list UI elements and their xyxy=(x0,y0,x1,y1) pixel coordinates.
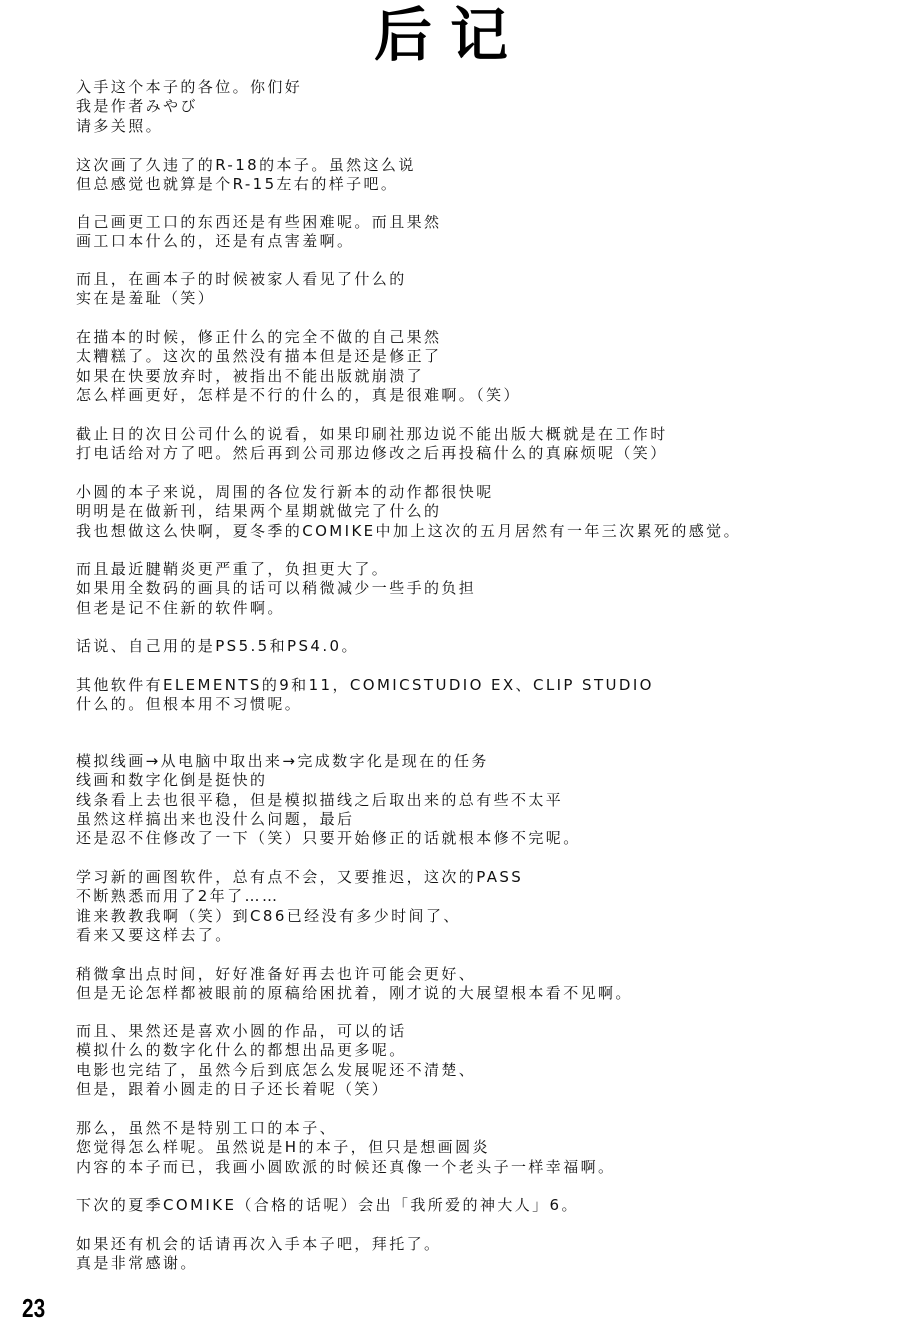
text-line: 而且最近腱鞘炎更严重了，负担更大了。 xyxy=(76,560,476,579)
text-line: 请多关照。 xyxy=(76,117,302,136)
text-line: 但总感觉也就算是个R-15左右的样子吧。 xyxy=(76,175,416,194)
text-line: 谁来教教我啊（笑）到C86已经没有多少时间了、 xyxy=(76,907,523,926)
paragraph: 话说、自己用的是PS5.5和PS4.0。 xyxy=(76,637,359,656)
text-line: 画工口本什么的，还是有点害羞啊。 xyxy=(76,232,441,251)
text-line: 其他软件有ELEMENTS的9和11，COMICSTUDIO EX、CLIP S… xyxy=(76,676,654,695)
paragraph: 而且、果然还是喜欢小圆的作品，可以的话模拟什么的数字化什么的都想出品更多呢。电影… xyxy=(76,1022,476,1099)
paragraph: 下次的夏季COMIKE（合格的话呢）会出「我所爱的神大人」6。 xyxy=(76,1196,579,1215)
text-line: 明明是在做新刊，结果两个星期就做完了什么的 xyxy=(76,502,741,521)
paragraph: 如果还有机会的话请再次入手本子吧，拜托了。真是非常感谢。 xyxy=(76,1235,441,1274)
text-line: 但是无论怎样都被眼前的原稿给困扰着，刚才说的大展望根本看不见啊。 xyxy=(76,984,633,1003)
paragraph: 自己画更工口的东西还是有些困难呢。而且果然画工口本什么的，还是有点害羞啊。 xyxy=(76,213,441,252)
text-line: 您觉得怎么样呢。虽然说是H的本子，但只是想画圆炎 xyxy=(76,1138,615,1157)
paragraph: 学习新的画图软件，总有点不会，又要推迟，这次的PASS不断熟悉而用了2年了……谁… xyxy=(76,868,523,945)
paragraph: 而且最近腱鞘炎更严重了，负担更大了。如果用全数码的画具的话可以稍微减少一些手的负… xyxy=(76,560,476,618)
text-line: 如果在快要放弃时，被指出不能出版就崩溃了 xyxy=(76,367,521,386)
text-line: 在描本的时候，修正什么的完全不做的自己果然 xyxy=(76,328,521,347)
text-line: 实在是羞耻（笑） xyxy=(76,289,407,308)
text-line: 话说、自己用的是PS5.5和PS4.0。 xyxy=(76,637,359,656)
paragraph: 其他软件有ELEMENTS的9和11，COMICSTUDIO EX、CLIP S… xyxy=(76,676,654,715)
page-number: 23 xyxy=(22,1293,45,1324)
text-line: 模拟什么的数字化什么的都想出品更多呢。 xyxy=(76,1041,476,1060)
text-line: 虽然这样搞出来也没什么问题，最后 xyxy=(76,810,581,829)
text-line: 看来又要这样去了。 xyxy=(76,926,523,945)
paragraph: 截止日的次日公司什么的说看，如果印刷社那边说不能出版大概就是在工作时打电话给对方… xyxy=(76,425,668,464)
text-line: 而且、果然还是喜欢小圆的作品，可以的话 xyxy=(76,1022,476,1041)
text-line: 我是作者みやび xyxy=(76,97,302,116)
text-line: 下次的夏季COMIKE（合格的话呢）会出「我所爱的神大人」6。 xyxy=(76,1196,579,1215)
text-line: 太糟糕了。这次的虽然没有描本但是还是修正了 xyxy=(76,347,521,366)
text-line: 线画和数字化倒是挺快的 xyxy=(76,771,581,790)
paragraph: 模拟线画→从电脑中取出来→完成数字化是现在的任务线画和数字化倒是挺快的线条看上去… xyxy=(76,752,581,848)
text-line: 那么，虽然不是特别工口的本子、 xyxy=(76,1119,615,1138)
text-line: 不断熟悉而用了2年了…… xyxy=(76,887,523,906)
paragraph: 而且，在画本子的时候被家人看见了什么的实在是羞耻（笑） xyxy=(76,270,407,309)
text-line: 学习新的画图软件，总有点不会，又要推迟，这次的PASS xyxy=(76,868,523,887)
text-line: 还是忍不住修改了一下（笑）只要开始修正的话就根本修不完呢。 xyxy=(76,829,581,848)
text-line: 我也想做这么快啊，夏冬季的COMIKE中加上这次的五月居然有一年三次累死的感觉。 xyxy=(76,522,741,541)
text-line: 如果还有机会的话请再次入手本子吧，拜托了。 xyxy=(76,1235,441,1254)
paragraph: 小圆的本子来说，周围的各位发行新本的动作都很快呢明明是在做新刊，结果两个星期就做… xyxy=(76,483,741,541)
text-line: 这次画了久违了的R-18的本子。虽然这么说 xyxy=(76,156,416,175)
text-line: 小圆的本子来说，周围的各位发行新本的动作都很快呢 xyxy=(76,483,741,502)
text-line: 截止日的次日公司什么的说看，如果印刷社那边说不能出版大概就是在工作时 xyxy=(76,425,668,444)
text-line: 而且，在画本子的时候被家人看见了什么的 xyxy=(76,270,407,289)
text-line: 电影也完结了，虽然今后到底怎么发展呢还不清楚、 xyxy=(76,1061,476,1080)
text-line: 打电话给对方了吧。然后再到公司那边修改之后再投稿什么的真麻烦呢（笑） xyxy=(76,444,668,463)
text-line: 入手这个本子的各位。你们好 xyxy=(76,78,302,97)
text-line: 内容的本子而已，我画小圆欧派的时候还真像一个老头子一样幸福啊。 xyxy=(76,1158,615,1177)
paragraph: 稍微拿出点时间，好好准备好再去也许可能会更好、但是无论怎样都被眼前的原稿给困扰着… xyxy=(76,965,633,1004)
text-line: 怎么样画更好，怎样是不行的什么的，真是很难啊。（笑） xyxy=(76,386,521,405)
text-line: 如果用全数码的画具的话可以稍微减少一些手的负担 xyxy=(76,579,476,598)
paragraph: 在描本的时候，修正什么的完全不做的自己果然太糟糕了。这次的虽然没有描本但是还是修… xyxy=(76,328,521,405)
text-line: 但是，跟着小圆走的日子还长着呢（笑） xyxy=(76,1080,476,1099)
text-line: 真是非常感谢。 xyxy=(76,1254,441,1273)
page-title: 后记 xyxy=(0,2,900,68)
text-line: 但老是记不住新的软件啊。 xyxy=(76,599,476,618)
paragraph: 这次画了久违了的R-18的本子。虽然这么说但总感觉也就算是个R-15左右的样子吧… xyxy=(76,156,416,195)
paragraph: 那么，虽然不是特别工口的本子、您觉得怎么样呢。虽然说是H的本子，但只是想画圆炎内… xyxy=(76,1119,615,1177)
text-line: 自己画更工口的东西还是有些困难呢。而且果然 xyxy=(76,213,441,232)
text-line: 模拟线画→从电脑中取出来→完成数字化是现在的任务 xyxy=(76,752,581,771)
text-line: 线条看上去也很平稳，但是模拟描线之后取出来的总有些不太平 xyxy=(76,791,581,810)
text-line: 稍微拿出点时间，好好准备好再去也许可能会更好、 xyxy=(76,965,633,984)
text-line: 什么的。但根本用不习惯呢。 xyxy=(76,695,654,714)
paragraph: 入手这个本子的各位。你们好我是作者みやび请多关照。 xyxy=(76,78,302,136)
